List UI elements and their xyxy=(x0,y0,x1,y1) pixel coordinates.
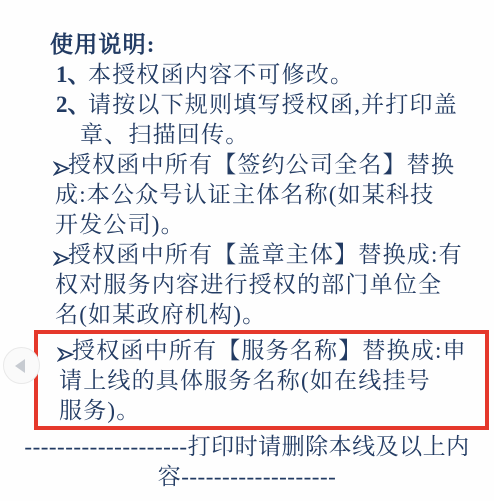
arrowhead-right-icon xyxy=(40,245,57,262)
chevron-left-icon xyxy=(15,359,25,373)
highlight-box: 授权函中所有【服务名称】替换成:申 请上线的具体服务名称(如在线挂号 服务)。 xyxy=(34,330,489,430)
numbered-item-2-text: 请按以下规则填写授权函,并打印盖 章、扫描回传。 xyxy=(80,92,458,147)
bullet-item-3-text: 授权函中所有【服务名称】替换成:申 请上线的具体服务名称(如在线挂号 服务)。 xyxy=(59,338,467,423)
bullet-item-3: 授权函中所有【服务名称】替换成:申 请上线的具体服务名称(如在线挂号 服务)。 xyxy=(38,336,485,426)
arrowhead-right-icon xyxy=(44,341,61,358)
item-number-2: 2、 xyxy=(48,90,91,120)
carousel-prev-button[interactable] xyxy=(3,347,40,384)
numbered-item-2: 2、 请按以下规则填写授权函,并打印盖 章、扫描回传。 xyxy=(0,90,494,150)
numbered-item-1-text: 本授权函内容不可修改。 xyxy=(88,62,354,87)
numbered-item-1: 1、 本授权函内容不可修改。 xyxy=(0,60,494,90)
item-number-1: 1、 xyxy=(48,60,91,90)
arrowhead-right-icon xyxy=(40,155,57,172)
usage-instructions-page: 使用说明: 1、 本授权函内容不可修改。 2、 请按以下规则填写授权函,并打印盖… xyxy=(0,0,494,501)
bullet-item-1: 授权函中所有【签约公司全名】替换 成:本公众号认证主体名称(如某科技 开发公司)… xyxy=(0,150,494,240)
page-title: 使用说明: xyxy=(50,30,494,60)
bullet-item-2: 授权函中所有【盖章主体】替换成:有 权对服务内容进行授权的部门单位全 名(如某政… xyxy=(0,240,494,330)
bullet-item-2-text: 授权函中所有【盖章主体】替换成:有 权对服务内容进行授权的部门单位全 名(如某政… xyxy=(55,242,463,327)
bullet-item-1-text: 授权函中所有【签约公司全名】替换 成:本公众号认证主体名称(如某科技 开发公司)… xyxy=(55,152,455,237)
divider-note: --------------------打印时请删除本线及以上内 容------… xyxy=(0,432,494,492)
